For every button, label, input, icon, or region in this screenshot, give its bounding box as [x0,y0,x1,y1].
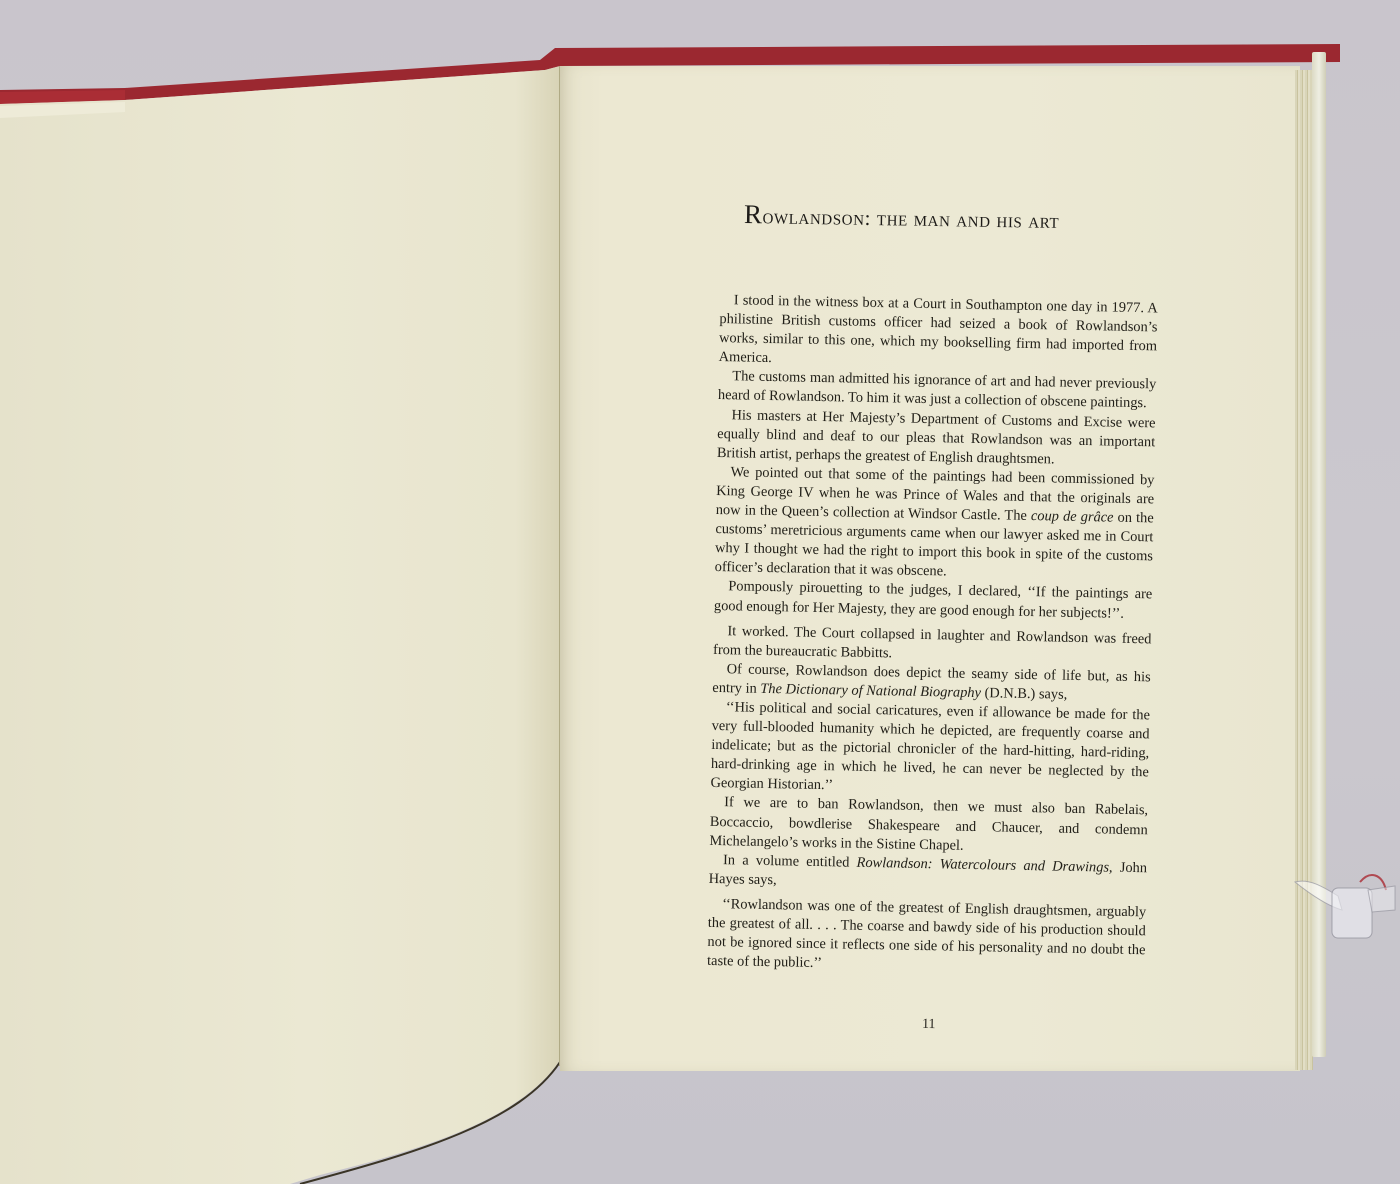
quotation: ‘‘Rowlandson was one of the greatest of … [707,895,1146,980]
paragraph: We pointed out that some of the painting… [715,463,1155,586]
paragraph: Pompously pirouetting to the judges, I d… [714,577,1153,624]
paragraph: His masters at Her Majesty’s Department … [717,406,1156,472]
page-clip [1290,860,1400,970]
paragraph: If we are to ban Rowlandson, then we mus… [709,793,1148,859]
paragraph: I stood in the witness box at a Court in… [719,291,1158,376]
paragraph: In a volume entitled Rowlandson: Waterco… [709,851,1148,898]
chapter-body: I stood in the witness box at a Court in… [707,291,1158,980]
chapter-title: Rowlandson: the man and his art [744,199,1144,236]
page-number: 11 [922,1017,936,1033]
quotation: ‘‘His political and social caricatures, … [710,698,1150,802]
book-photo: Rowlandson: the man and his art I stood … [0,0,1400,1184]
left-page [0,0,600,1184]
